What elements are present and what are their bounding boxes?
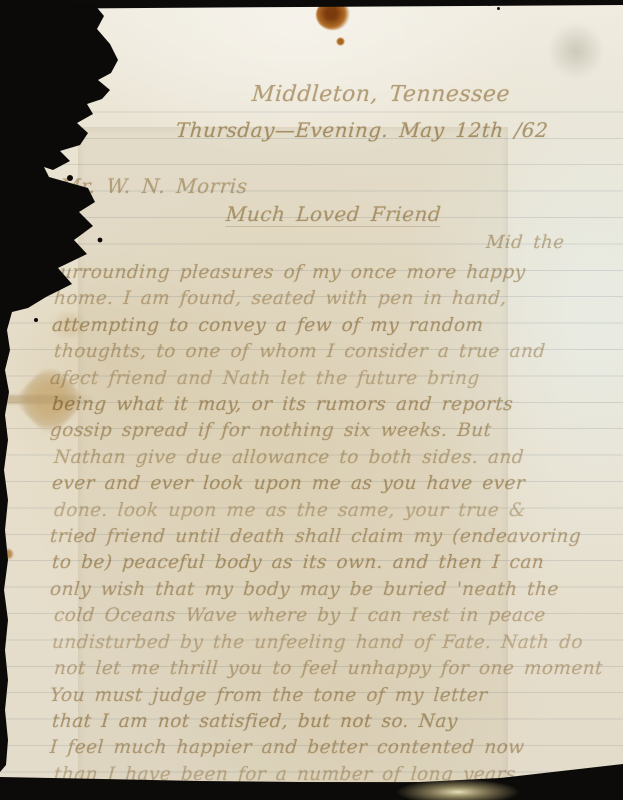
handwriting-line: gossip spread if for nothing six weeks. … — [49, 418, 623, 444]
dateline-place: Middleton, Tennessee — [251, 82, 511, 107]
handwriting-line: ever and ever look upon me as you have e… — [51, 471, 623, 497]
handwriting-line: thoughts, to one of whom I consider a tr… — [53, 339, 623, 365]
handwriting-line: Nathan give due allowance to both sides.… — [53, 445, 623, 471]
ink-speck — [487, 2, 492, 6]
ink-speck — [505, 1, 509, 4]
handwriting-line: undisturbed by the unfeeling hand of Fat… — [51, 630, 623, 656]
opening-phrase: Mid the — [485, 232, 565, 253]
handwriting-line: tried friend until death shall claim my … — [49, 524, 623, 550]
handwriting-line: home. I am found, seated with pen in han… — [53, 286, 623, 312]
dateline-datetime: Thursday—Evening. May 12th /62 — [175, 118, 549, 142]
salutation: Much Loved Friend — [225, 202, 442, 227]
handwriting-line: You must judge from the tone of my lette… — [49, 683, 623, 709]
handwriting-line: that I am not satisfied, but not so. Nay — [51, 709, 623, 735]
letter-body: surrounding pleasures of my once more ha… — [50, 260, 623, 788]
handwriting-line: done. look upon me as the same, your tru… — [53, 498, 623, 524]
ink-speck — [497, 7, 500, 10]
handwriting-line: to be) peaceful body as its own. and the… — [51, 550, 623, 576]
handwriting-line: surrounding pleasures of my once more ha… — [49, 260, 623, 286]
addressee: Mr. W. N. Morris — [59, 174, 248, 198]
scanned-letter: Middleton, Tennessee Thursday—Evening. M… — [0, 0, 623, 800]
handwriting-line: being what it may, or its rumors and rep… — [51, 392, 623, 418]
handwriting-line: afect friend and Nath let the future bri… — [49, 366, 623, 392]
handwriting-line: only wish that my body may be buried 'ne… — [49, 577, 623, 603]
handwriting-line: cold Oceans Wave where by I can rest in … — [53, 603, 623, 629]
handwriting-line: I feel much happier and better contented… — [49, 735, 623, 761]
handwriting-line: attempting to convey a few of my random — [51, 313, 623, 339]
handwriting-line: than I have been for a number of long ye… — [53, 762, 623, 788]
handwriting-line: not let me thrill you to feel unhappy fo… — [53, 656, 623, 682]
